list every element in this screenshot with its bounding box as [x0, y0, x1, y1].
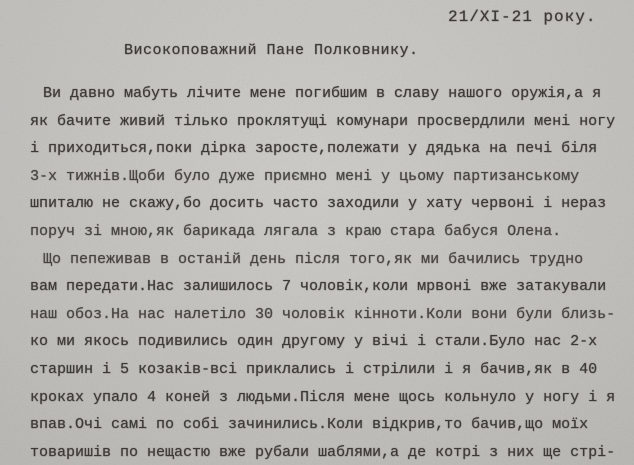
text-line: Ви давно мабуть лічите мене погибшим в с…: [30, 80, 630, 108]
text-line: як бачите живий тілько проклятущі комуна…: [30, 108, 630, 136]
text-line: шпиталю не скажу,бо досить часто заходил…: [30, 190, 630, 218]
text-line: впав.Очі самі по собі зачинились.Коли ві…: [30, 411, 630, 439]
letter-body: Ви давно мабуть лічите мене погибшим в с…: [30, 80, 630, 465]
paragraph-2: Що пепеживав в останій день після того,я…: [30, 246, 630, 465]
text-line: наш обоз.На нас налетіло 30 чоловік кінн…: [30, 301, 630, 329]
text-line: товаришів по нещастю вже рубали шаблями,…: [30, 439, 630, 465]
text-line: вам передати.Нас залишилось 7 чоловік,ко…: [30, 273, 630, 301]
paragraph-1: Ви давно мабуть лічите мене погибшим в с…: [30, 80, 630, 246]
text-line: кроках упало 4 коней з людьми.Після мене…: [30, 384, 630, 412]
letter-date: 21/XI-21 року.: [448, 8, 596, 26]
text-line: 3-х тижнів.Щоби було дуже приємно мені у…: [30, 163, 630, 191]
letter-salutation: Високоповажний Пане Полковнику.: [124, 42, 419, 59]
text-line: ко ми якось подивились один другому у ві…: [30, 328, 630, 356]
text-line: поруч зі мною,як барикада лягала з краю …: [30, 218, 630, 246]
text-line: і приходиться,поки дірка заросте,полежат…: [30, 135, 630, 163]
text-line: старшин і 5 козаків-всі приклались і стр…: [30, 356, 630, 384]
text-line: Що пепеживав в останій день після того,я…: [30, 246, 630, 274]
typewritten-letter-page: 21/XI-21 року. Високоповажний Пане Полко…: [0, 0, 634, 465]
